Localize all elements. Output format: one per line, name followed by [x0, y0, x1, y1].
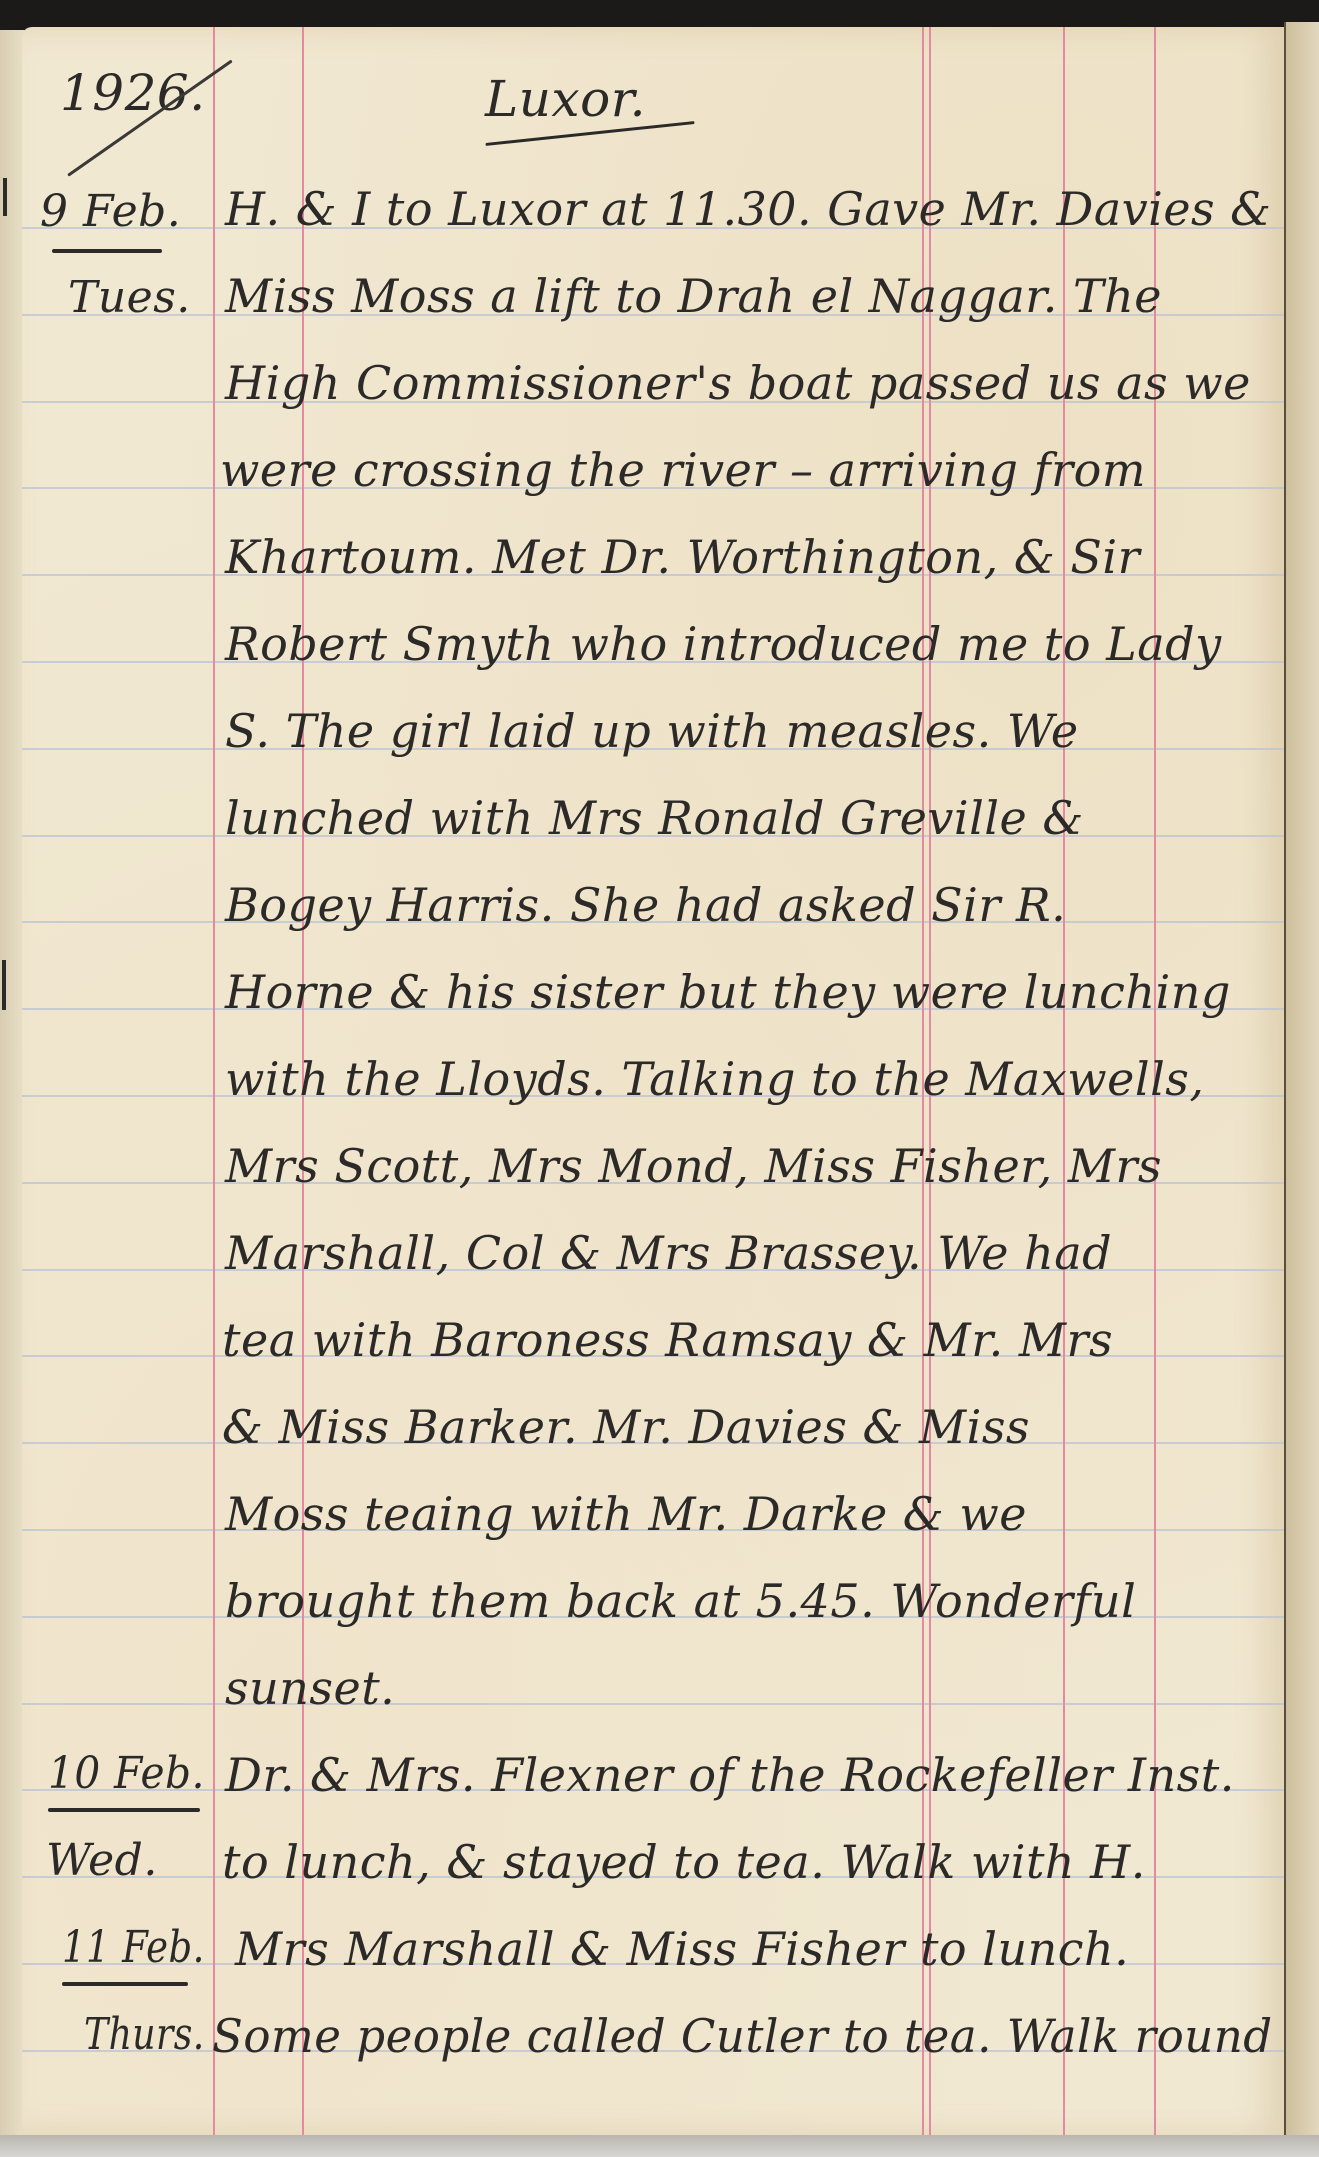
entry-line: High Commissioner's boat passed us as we [225, 360, 1251, 406]
entry-line: Dr. & Mrs. Flexner of the Rockefeller In… [225, 1752, 1235, 1798]
entry-line: Horne & his sister but they were lunchin… [225, 969, 1231, 1015]
entry-line: were crossing the river – arriving from [220, 447, 1146, 493]
entry-date-underline [52, 249, 162, 253]
entry-line: Some people called Cutler to tea. Walk r… [212, 2013, 1273, 2059]
entry-line: S. The girl laid up with measles. We [225, 708, 1079, 754]
entry-line: Miss Moss a lift to Drah el Naggar. The [225, 273, 1162, 319]
entry-line: Bogey Harris. She had asked Sir R. [225, 882, 1066, 928]
entry-line: & Miss Barker. Mr. Davies & Miss [222, 1404, 1030, 1450]
entry-date-underline [48, 1808, 200, 1812]
entry-line: lunched with Mrs Ronald Greville & [225, 795, 1084, 841]
entry-line: to lunch, & stayed to tea. Walk with H. [222, 1839, 1146, 1885]
entry-line: sunset. [225, 1665, 395, 1711]
entry-line: Khartoum. Met Dr. Worthington, & Sir [225, 534, 1140, 580]
entry-date: 9 Feb. [40, 190, 181, 234]
entry-day: Wed. [46, 1839, 158, 1883]
entry-line: Robert Smyth who introduced me to Lady [225, 621, 1222, 667]
margin-mark [3, 178, 7, 216]
margin-mark [2, 960, 6, 1010]
entry-line: H. & I to Luxor at 11.30. Gave Mr. Davie… [225, 186, 1271, 232]
entry-line: Marshall, Col & Mrs Brassey. We had [225, 1230, 1112, 1276]
entry-date: 10 Feb. [48, 1752, 205, 1796]
entry-day: Thurs. [84, 2013, 205, 2057]
entry-line: with the Lloyds. Talking to the Maxwells… [225, 1056, 1205, 1102]
entry-line: Moss teaing with Mr. Darke & we [225, 1491, 1027, 1537]
diary-place-heading: Luxor. [485, 74, 646, 124]
entry-line: tea with Baroness Ramsay & Mr. Mrs [222, 1317, 1113, 1363]
entry-line: Mrs Marshall & Miss Fisher to lunch. [235, 1926, 1129, 1972]
entry-date-underline [62, 1982, 188, 1986]
ruled-line [22, 1703, 1284, 1705]
entry-date: 11 Feb. [62, 1926, 205, 1970]
adjacent-right-page-edge [1284, 22, 1319, 2135]
margin-line-left-outer [213, 27, 215, 2135]
scan-background-bottom [0, 2135, 1319, 2157]
entry-day: Tues. [68, 276, 191, 320]
entry-line: Mrs Scott, Mrs Mond, Miss Fisher, Mrs [225, 1143, 1162, 1189]
entry-line: brought them back at 5.45. Wonderful [225, 1578, 1136, 1624]
